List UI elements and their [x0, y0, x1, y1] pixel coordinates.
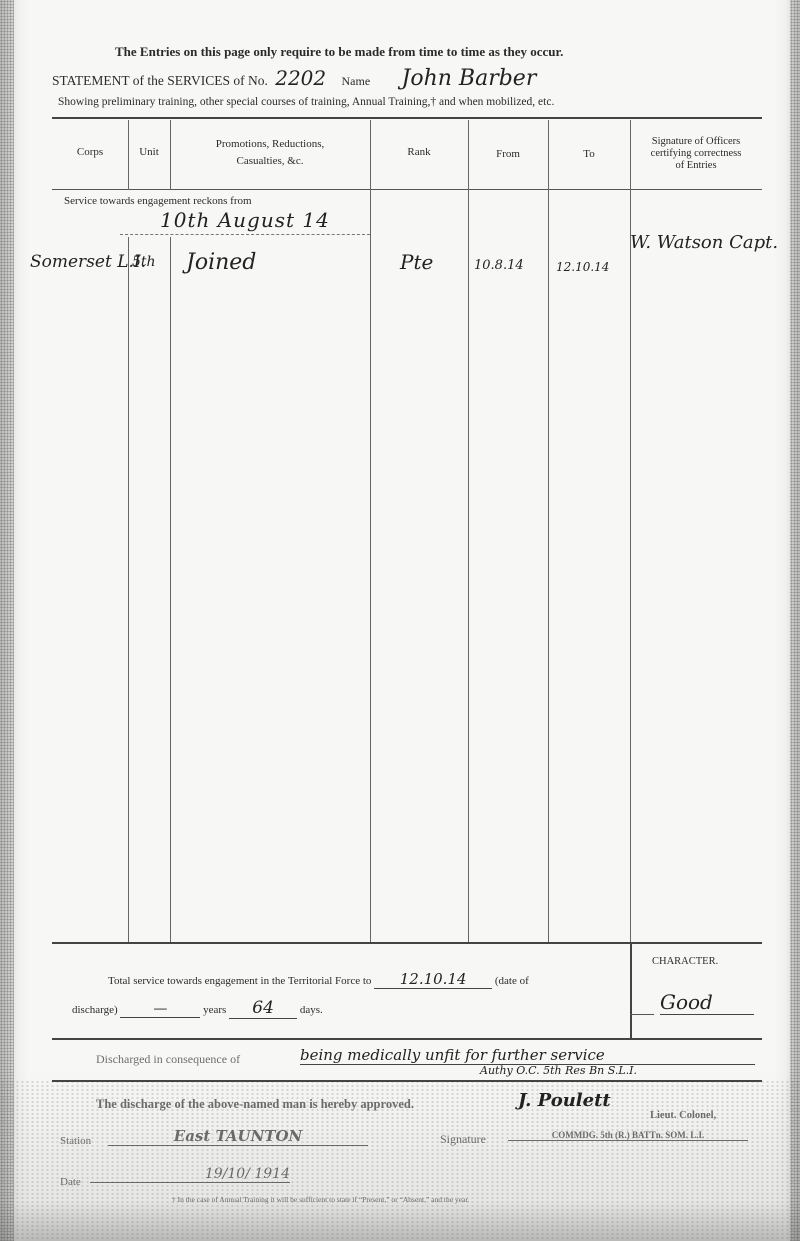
col-divider-to	[548, 120, 549, 942]
signature-label: Signature	[440, 1132, 486, 1147]
reckons-underline	[120, 234, 370, 235]
rank-title: Lieut. Colonel,	[650, 1110, 716, 1121]
character-left-rule	[630, 1014, 654, 1015]
col-header-signature-line1: Signature of Officers	[630, 136, 762, 148]
character-label: CHARACTER.	[652, 956, 718, 967]
cell-corps: Somerset L.I.	[30, 252, 146, 272]
paper-edge-left	[0, 0, 14, 1241]
years-value: —	[120, 1001, 200, 1018]
cell-unit: 5th	[132, 254, 156, 270]
approval-text: The discharge of the above-named man is …	[96, 1097, 414, 1112]
cell-promotions: Joined	[186, 250, 256, 275]
service-record-page: The Entries on this page only require to…	[0, 0, 800, 1241]
col-header-signature-line2: certifying correctness	[630, 148, 762, 160]
col-header-from: From	[468, 148, 548, 161]
discharge-reason-line1: being medically unfit for further servic…	[300, 1046, 755, 1065]
total-service-text: Total service towards engagement in the …	[108, 975, 371, 987]
col-header-to: To	[548, 148, 630, 161]
col-header-signature: Signature of Officers certifying correct…	[630, 136, 762, 172]
total-service-line: Total service towards engagement in the …	[108, 970, 529, 989]
paper-edge-right	[790, 0, 800, 1241]
col-header-rank: Rank	[370, 146, 468, 159]
character-value: Good	[660, 990, 754, 1015]
col-divider-from	[468, 120, 469, 942]
name-label: Name	[342, 74, 371, 88]
col-header-unit: Unit	[128, 146, 170, 159]
days-label: days.	[300, 1004, 323, 1016]
discharge-date-value: 12.10.14	[374, 970, 492, 989]
cell-rank: Pte	[400, 250, 433, 274]
years-days-line: discharge) — years 64 days.	[72, 998, 323, 1019]
date-label: Date	[60, 1176, 81, 1188]
col-divider-rank	[370, 120, 371, 942]
table-top-rule	[52, 117, 762, 119]
instruction-line: The Entries on this page only require to…	[115, 44, 563, 60]
service-number: 2202	[275, 66, 326, 90]
col-header-promotions: Promotions, Reductions, Casualties, &c.	[170, 138, 370, 168]
cell-signature: W. Watson Capt.	[630, 232, 778, 253]
discharge-reason-line2: Authy O.C. 5th Res Bn S.L.I.	[480, 1064, 637, 1077]
col-header-corps: Corps	[52, 146, 128, 159]
statement-label: STATEMENT of the SERVICES of No.	[52, 73, 268, 88]
days-value: 64	[229, 998, 297, 1019]
discharge-text: discharge)	[72, 1004, 118, 1016]
approval-signature-scrawl: J. Poulett	[518, 1090, 611, 1111]
discharged-label: Discharged in consequence of	[96, 1052, 240, 1067]
character-divider	[630, 942, 632, 1038]
table-header-bottom-rule	[52, 189, 762, 190]
col-divider-promotions-body	[170, 237, 171, 942]
discharge-bottom-rule	[52, 1080, 762, 1082]
date-value: 19/10/ 1914	[90, 1166, 290, 1183]
totals-bottom-rule	[52, 1038, 762, 1040]
name-value: John Barber	[402, 66, 537, 91]
col-divider-unit-body	[128, 237, 129, 942]
table-bottom-rule	[52, 942, 762, 944]
subtitle-line: Showing preliminary training, other spec…	[58, 96, 554, 108]
cell-to: 12.10.14	[556, 260, 609, 274]
station-value: East TAUNTON	[108, 1127, 368, 1146]
cell-from: 10.8.14	[474, 258, 524, 273]
col-header-promotions-line1: Promotions, Reductions,	[170, 138, 370, 151]
col-header-signature-line3: of Entries	[630, 160, 762, 172]
footnote: † In the case of Annual Training it will…	[172, 1195, 469, 1204]
station-label: Station	[60, 1135, 91, 1147]
statement-line: STATEMENT of the SERVICES of No. 2202 Na…	[52, 66, 536, 91]
date-of-text: (date of	[495, 975, 529, 987]
years-label: years	[203, 1004, 226, 1016]
col-header-promotions-line2: Casualties, &c.	[170, 155, 370, 168]
commander-stamp: COMMDG. 5th (R.) BATTn. SOM. L.I.	[508, 1130, 748, 1141]
service-reckons-label: Service towards engagement reckons from	[64, 195, 252, 207]
service-reckons-value: 10th August 14	[160, 208, 330, 232]
